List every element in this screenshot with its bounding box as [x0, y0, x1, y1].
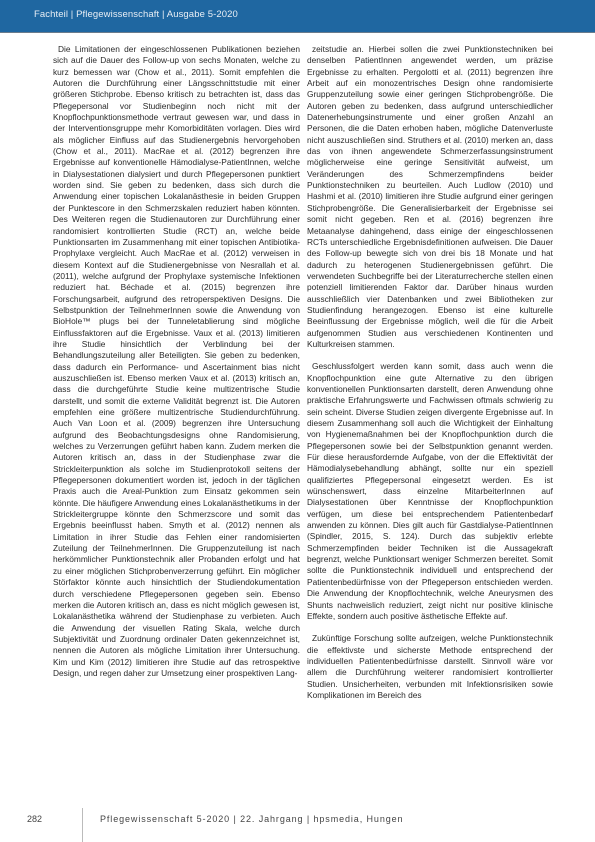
- header-bar: Fachteil | Pflegewissenschaft | Ausgabe …: [0, 0, 595, 33]
- paragraph: Die Limitationen der eingeschlossenen Pu…: [53, 44, 300, 679]
- left-text-column: Die Limitationen der eingeschlossenen Pu…: [53, 44, 300, 679]
- page-footer: 282 Pflegewissenschaft 5-2020 | 22. Jahr…: [0, 800, 595, 842]
- running-header-title: Fachteil | Pflegewissenschaft | Ausgabe …: [34, 9, 238, 20]
- right-text-column: zeitstudie an. Hierbei sollen die zwei P…: [307, 44, 553, 701]
- paragraph: Geschlussfolgert werden kann somit, dass…: [307, 361, 553, 622]
- paragraph: zeitstudie an. Hierbei sollen die zwei P…: [307, 44, 553, 350]
- publication-info: Pflegewissenschaft 5-2020 | 22. Jahrgang…: [100, 814, 403, 824]
- page-number: 282: [27, 814, 42, 824]
- paragraph: Zukünftige Forschung sollte aufzeigen, w…: [307, 633, 553, 701]
- footer-divider: [82, 808, 83, 842]
